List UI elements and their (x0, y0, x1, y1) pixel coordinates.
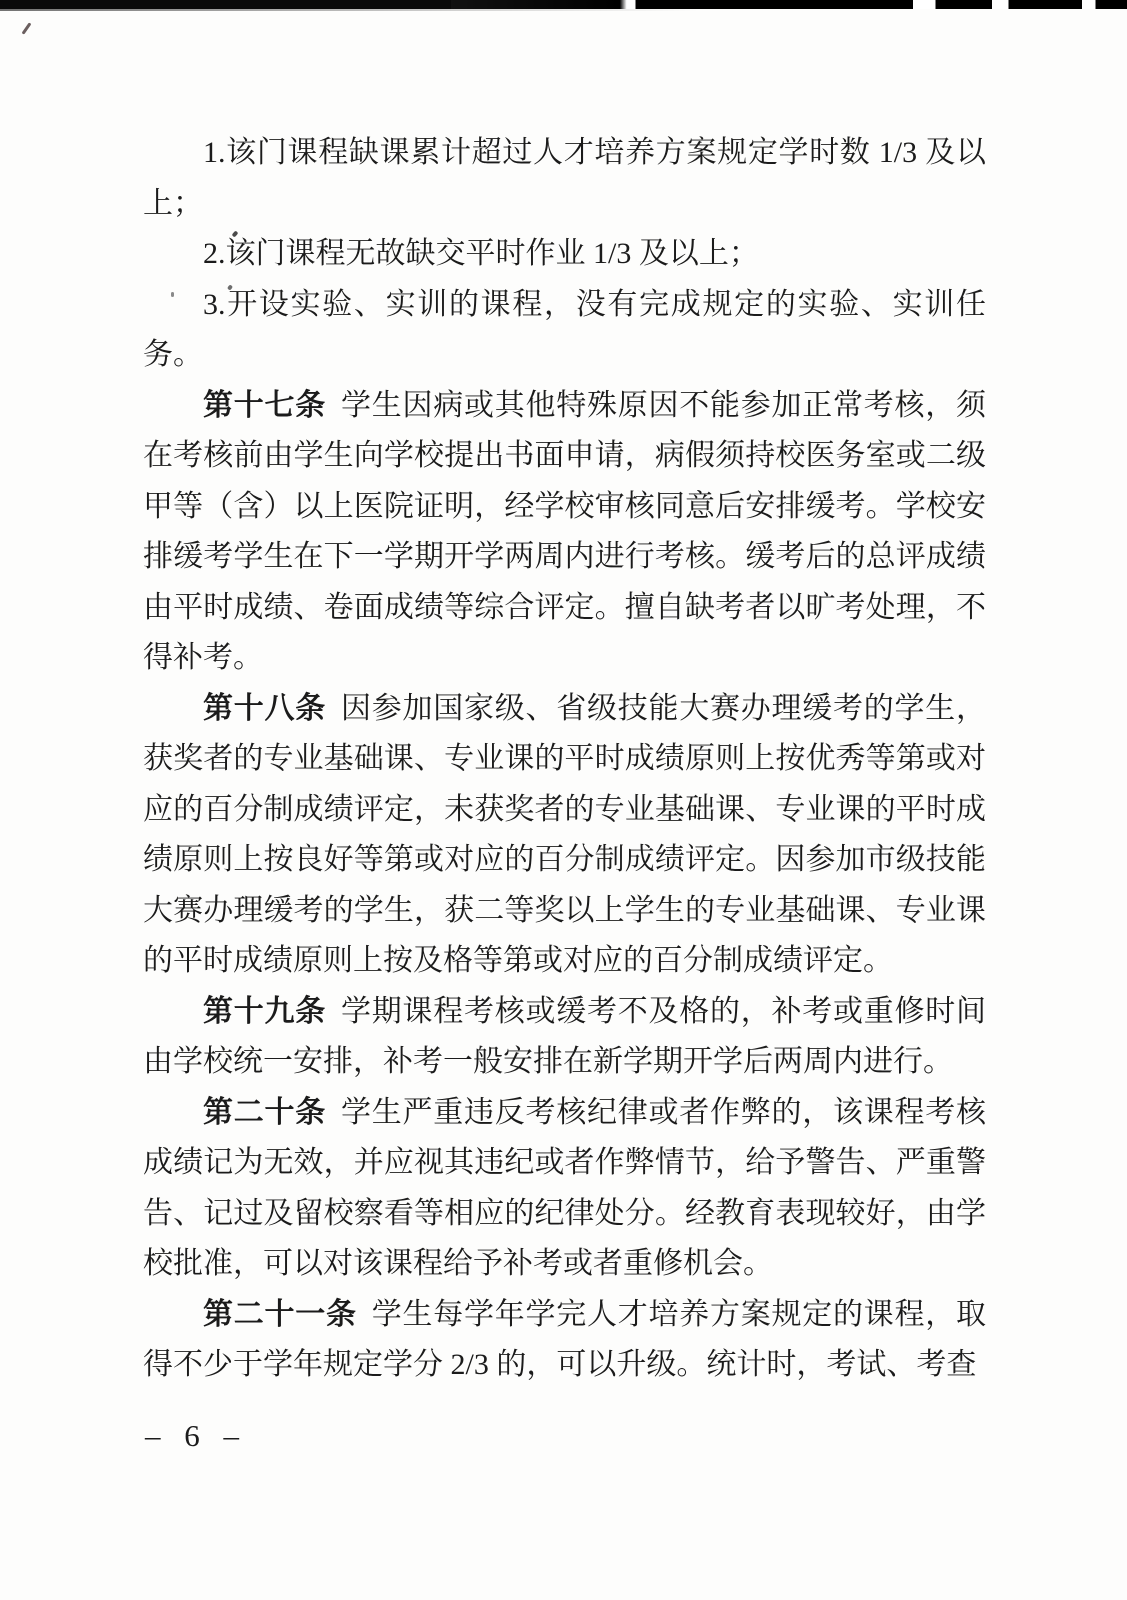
paragraph-text: 学生因病或其他特殊原因不能参加正常考核，须在考核前由学生向学校提出书面申请，病假… (143, 389, 986, 675)
page-number: – 6 – (145, 1418, 247, 1454)
list-item-3: 3.开设实验、实训的课程，没有完成规定的实验、实训任务。 (143, 280, 986, 381)
clause-term: 第二十条 (203, 1096, 326, 1129)
paragraph-clause-21: 第二十一条学生每学年学完人才培养方案规定的课程，取得不少于学年规定学分 2/3 … (143, 1290, 986, 1391)
clause-term: 第二十一条 (203, 1298, 357, 1331)
paragraph-clause-18: 第十八条因参加国家级、省级技能大赛办理缓考的学生，获奖者的专业基础课、专业课的平… (143, 684, 986, 987)
paragraph-clause-20: 第二十条学生严重违反考核纪律或者作弊的，该课程考核成绩记为无效，并应视其违纪或者… (143, 1088, 986, 1290)
document-page: 1.该门课程缺课累计超过人才培养方案规定学时数 1/3 及以上； 2.该门课程无… (0, 0, 1127, 1600)
paragraph-clause-19: 第十九条学期课程考核或缓考不及格的，补考或重修时间由学校统一安排，补考一般安排在… (143, 987, 986, 1088)
paragraph-text: 1.该门课程缺课累计超过人才培养方案规定学时数 1/3 及以上； (143, 136, 986, 220)
paragraph-text: 2.该门课程无故缺交平时作业 1/3 及以上； (203, 237, 759, 270)
scan-edge-artifact (0, 0, 1127, 9)
list-item-1: 1.该门课程缺课累计超过人才培养方案规定学时数 1/3 及以上； (143, 128, 986, 229)
paragraph-clause-17: 第十七条学生因病或其他特殊原因不能参加正常考核，须在考核前由学生向学校提出书面申… (143, 381, 986, 684)
paragraph-text: 3.开设实验、实训的课程，没有完成规定的实验、实训任务。 (143, 288, 986, 372)
document-body: 1.该门课程缺课累计超过人才培养方案规定学时数 1/3 及以上； 2.该门课程无… (143, 128, 986, 1391)
clause-term: 第十八条 (203, 692, 326, 725)
paragraph-text: 因参加国家级、省级技能大赛办理缓考的学生，获奖者的专业基础课、专业课的平时成绩原… (143, 692, 986, 978)
scan-speck-slash (22, 22, 32, 34)
list-item-2: 2.该门课程无故缺交平时作业 1/3 及以上； (143, 229, 986, 280)
clause-term: 第十九条 (203, 995, 326, 1028)
clause-term: 第十七条 (203, 389, 326, 422)
